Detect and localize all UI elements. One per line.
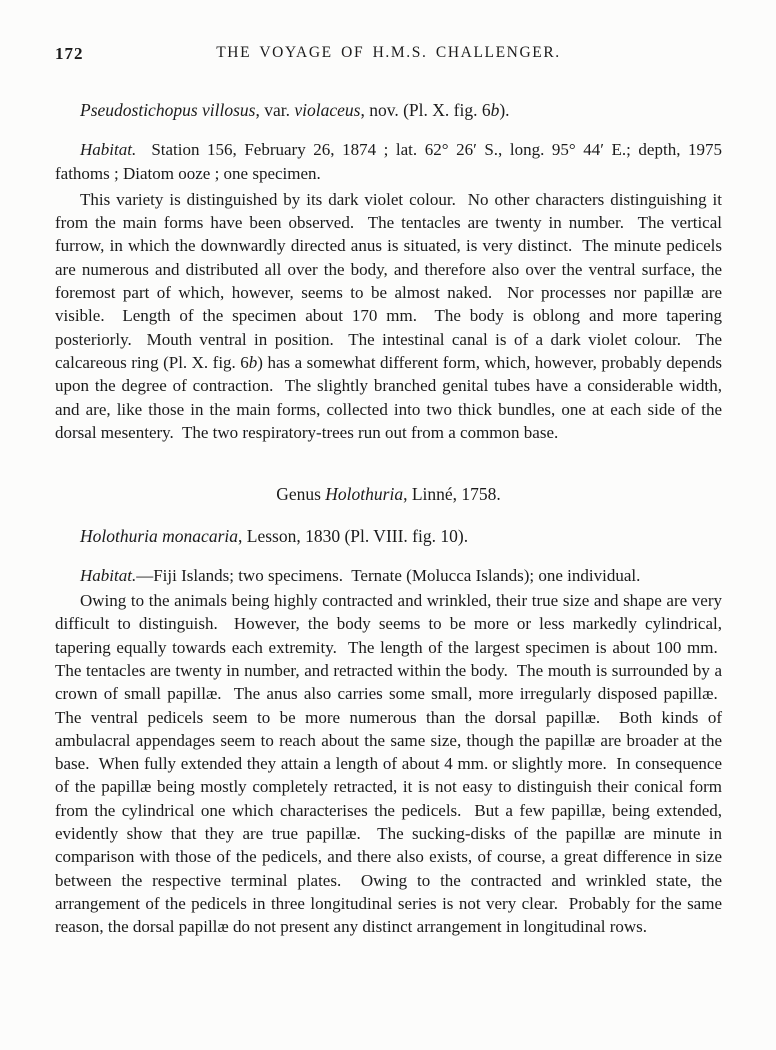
heading-plate-ref: , nov. (Pl. X. fig. 6: [360, 100, 490, 120]
genus-authority: , Linné, 1758.: [403, 484, 501, 504]
book-page: 172 THE VOYAGE OF H.M.S. CHALLENGER. Pse…: [0, 0, 776, 1050]
running-title: THE VOYAGE OF H.M.S. CHALLENGER.: [55, 44, 722, 62]
habitat-label: Habitat.: [80, 140, 136, 159]
genus-heading-holothuria: Genus Holothuria, Linné, 1758.: [55, 483, 722, 506]
running-head: 172 THE VOYAGE OF H.M.S. CHALLENGER.: [55, 44, 722, 63]
heading-close: ).: [499, 100, 509, 120]
page-number: 172: [55, 44, 84, 64]
habitat-villosus: Habitat. Station 156, February 26, 1874 …: [55, 138, 722, 185]
species-heading-villosus: Pseudostichopus villosus, var. violaceus…: [55, 99, 722, 122]
species-name-italic: Pseudostichopus villosus: [80, 100, 255, 120]
habitat-details: —Fiji Islands; two specimens. Ternate (M…: [136, 566, 640, 585]
variety-name-italic: violaceus: [294, 100, 360, 120]
description-villosus: This variety is distinguished by its dar…: [55, 188, 722, 444]
habitat-monacaria: Habitat.—Fiji Islands; two specimens. Te…: [55, 564, 722, 587]
description-text: Owing to the animals being highly contra…: [55, 591, 722, 936]
heading-roman-var: , var.: [255, 100, 294, 120]
habitat-details: Station 156, February 26, 1874 ; lat. 62…: [55, 140, 722, 182]
description-monacaria: Owing to the animals being highly contra…: [55, 589, 722, 938]
genus-label: Genus: [276, 484, 325, 504]
description-text: This variety is distinguished by its dar…: [55, 190, 722, 372]
habitat-label: Habitat.: [80, 566, 136, 585]
genus-name-italic: Holothuria: [325, 484, 403, 504]
species-name-italic: Holothuria monacaria: [80, 526, 238, 546]
species-heading-monacaria: Holothuria monacaria, Lesson, 1830 (Pl. …: [55, 525, 722, 548]
species-authority: , Lesson, 1830 (Pl. VIII. fig. 10).: [238, 526, 468, 546]
